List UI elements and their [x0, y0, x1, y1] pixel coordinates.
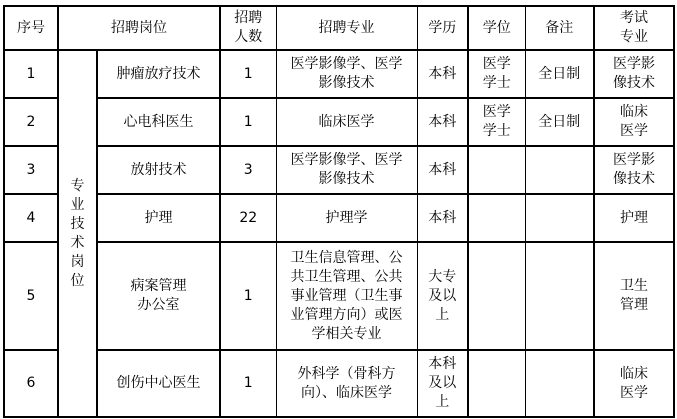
cell-education: 本科 — [417, 50, 468, 98]
cell-count: 22 — [220, 194, 276, 242]
category-label: 专业技术岗位 — [70, 177, 86, 291]
header-major: 招聘专业 — [276, 6, 417, 50]
header-education: 学历 — [417, 6, 468, 50]
cell-note — [525, 146, 594, 194]
header-position: 招聘岗位 — [58, 6, 220, 50]
cell-count: 1 — [220, 98, 276, 146]
cell-degree — [468, 242, 525, 350]
cell-major: 医学影像学、医学 影像技术 — [276, 50, 417, 98]
cell-note — [525, 194, 594, 242]
cell-position: 肿瘤放疗技术 — [97, 50, 220, 98]
cell-exam-major: 临床 医学 — [594, 98, 674, 146]
cell-count: 1 — [220, 50, 276, 98]
cell-major: 护理学 — [276, 194, 417, 242]
cell-position: 病案管理 办公室 — [97, 242, 220, 350]
table-row: 2 心电科医生 1 临床医学 本科 医学 学士 全日制 临床 医学 — [4, 98, 674, 146]
cell-position: 创伤中心医生 — [97, 350, 220, 417]
cell-education: 本科 — [417, 98, 468, 146]
header-count: 招聘 人数 — [220, 6, 276, 50]
cell-major: 临床医学 — [276, 98, 417, 146]
cell-seq: 1 — [4, 50, 58, 98]
cell-exam-major: 医学影 像技术 — [594, 146, 674, 194]
cell-count: 3 — [220, 146, 276, 194]
cell-education: 本科 — [417, 194, 468, 242]
recruitment-table: 序号 招聘岗位 招聘 人数 招聘专业 学历 学位 备注 考试 专业 1 专业技术… — [3, 5, 675, 418]
cell-seq: 4 — [4, 194, 58, 242]
cell-count: 1 — [220, 350, 276, 417]
cell-position: 放射技术 — [97, 146, 220, 194]
cell-seq: 3 — [4, 146, 58, 194]
cell-degree: 医学 学士 — [468, 50, 525, 98]
cell-major: 外科学（骨科方 向）、临床医学 — [276, 350, 417, 417]
table-row: 6 创伤中心医生 1 外科学（骨科方 向）、临床医学 本科 及以 上 临床 医学 — [4, 350, 674, 417]
header-note: 备注 — [525, 6, 594, 50]
cell-seq: 2 — [4, 98, 58, 146]
cell-note: 全日制 — [525, 50, 594, 98]
cell-exam-major: 医学影 像技术 — [594, 50, 674, 98]
cell-seq: 5 — [4, 242, 58, 350]
cell-seq: 6 — [4, 350, 58, 417]
cell-note — [525, 242, 594, 350]
cell-degree — [468, 194, 525, 242]
cell-count: 1 — [220, 242, 276, 350]
table-row: 4 护理 22 护理学 本科 护理 — [4, 194, 674, 242]
header-row: 序号 招聘岗位 招聘 人数 招聘专业 学历 学位 备注 考试 专业 — [4, 6, 674, 50]
header-seq: 序号 — [4, 6, 58, 50]
cell-category: 专业技术岗位 — [58, 50, 97, 417]
cell-degree — [468, 146, 525, 194]
cell-major: 卫生信息管理、公 共卫生管理、公共 事业管理（卫生事 业管理方向）或医 学相关专… — [276, 242, 417, 350]
cell-exam-major: 护理 — [594, 194, 674, 242]
header-exam-major: 考试 专业 — [594, 6, 674, 50]
header-degree: 学位 — [468, 6, 525, 50]
cell-position: 心电科医生 — [97, 98, 220, 146]
cell-major: 医学影像学、医学 影像技术 — [276, 146, 417, 194]
cell-position: 护理 — [97, 194, 220, 242]
cell-degree: 医学 学士 — [468, 98, 525, 146]
cell-degree — [468, 350, 525, 417]
table-row: 5 病案管理 办公室 1 卫生信息管理、公 共卫生管理、公共 事业管理（卫生事 … — [4, 242, 674, 350]
cell-exam-major: 临床 医学 — [594, 350, 674, 417]
cell-exam-major: 卫生 管理 — [594, 242, 674, 350]
cell-education: 大专 及以 上 — [417, 242, 468, 350]
table-row: 3 放射技术 3 医学影像学、医学 影像技术 本科 医学影 像技术 — [4, 146, 674, 194]
cell-education: 本科 — [417, 146, 468, 194]
cell-note: 全日制 — [525, 98, 594, 146]
cell-note — [525, 350, 594, 417]
table-row: 1 专业技术岗位 肿瘤放疗技术 1 医学影像学、医学 影像技术 本科 医学 学士… — [4, 50, 674, 98]
cell-education: 本科 及以 上 — [417, 350, 468, 417]
